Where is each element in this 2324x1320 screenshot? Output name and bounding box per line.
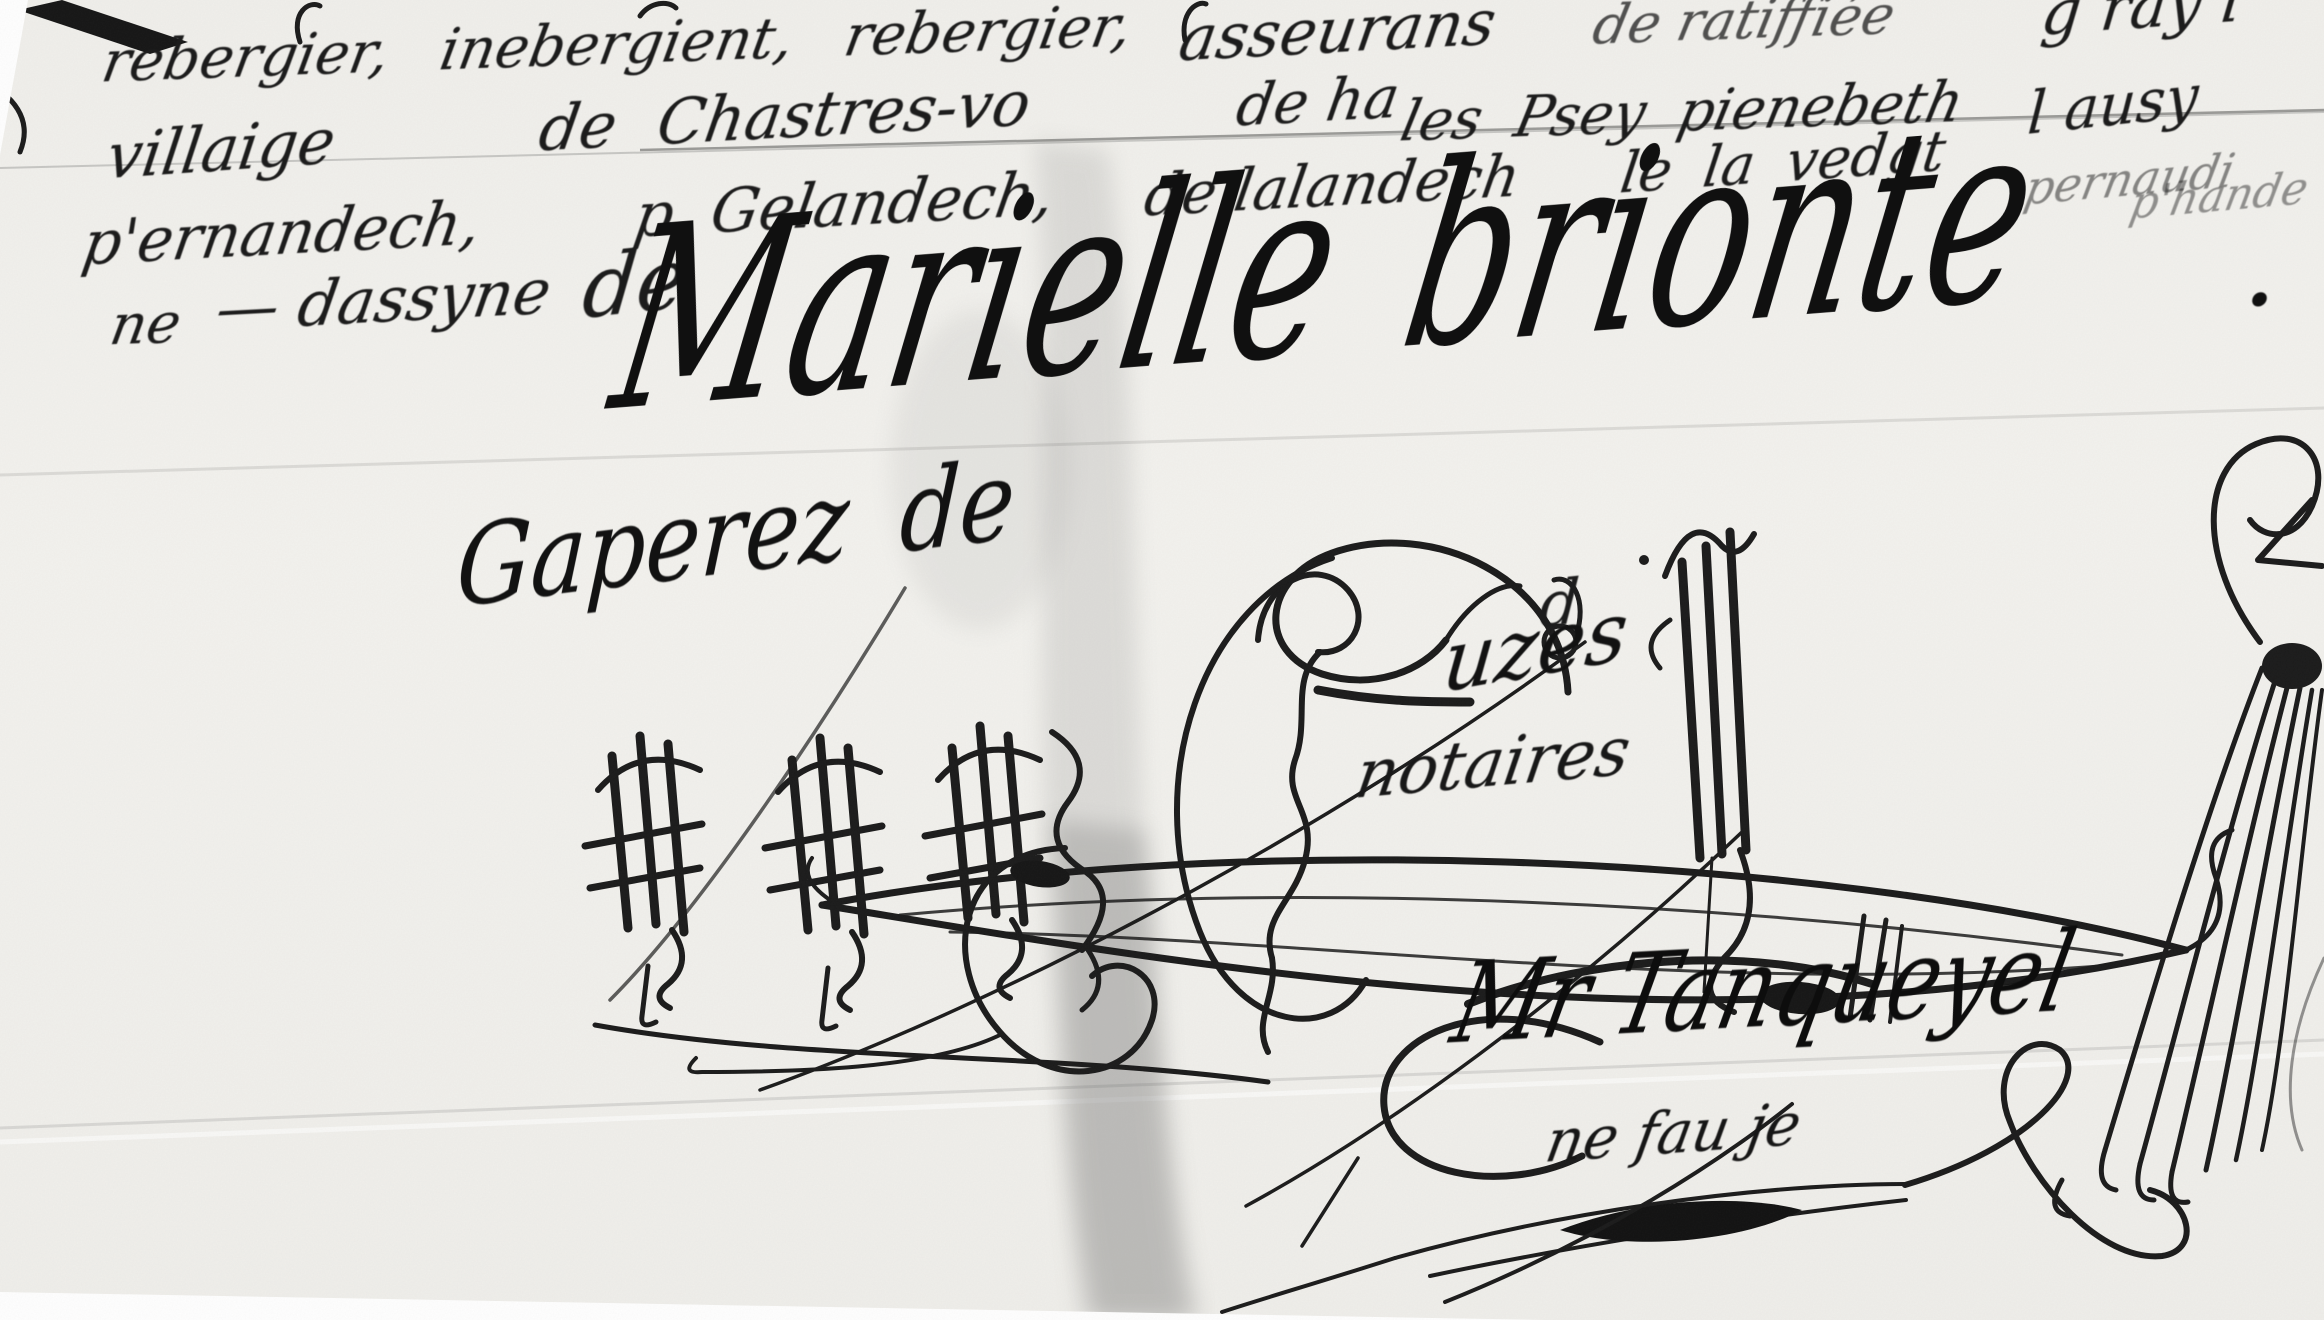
notary-d-mark: d [1538, 570, 1582, 637]
text-line1-seg3: de ratiffiée [1588, 0, 1900, 52]
notary2-signature-subscript: ne fau je [1542, 1094, 1806, 1171]
principal-signature-dot: . [2242, 212, 2277, 322]
text-line4-seg1: ne [106, 296, 185, 355]
text-line2-seg1: villaige [103, 110, 339, 189]
notary2-signature: Mr Tanqueyel [1444, 916, 2083, 1060]
text-line4-seg2: — dassyne [212, 261, 555, 341]
text-line1-seg2: asseurans [1175, 0, 1500, 71]
manuscript-page: rebergier, inebergient, rebergier, asseu… [0, 0, 2324, 1320]
